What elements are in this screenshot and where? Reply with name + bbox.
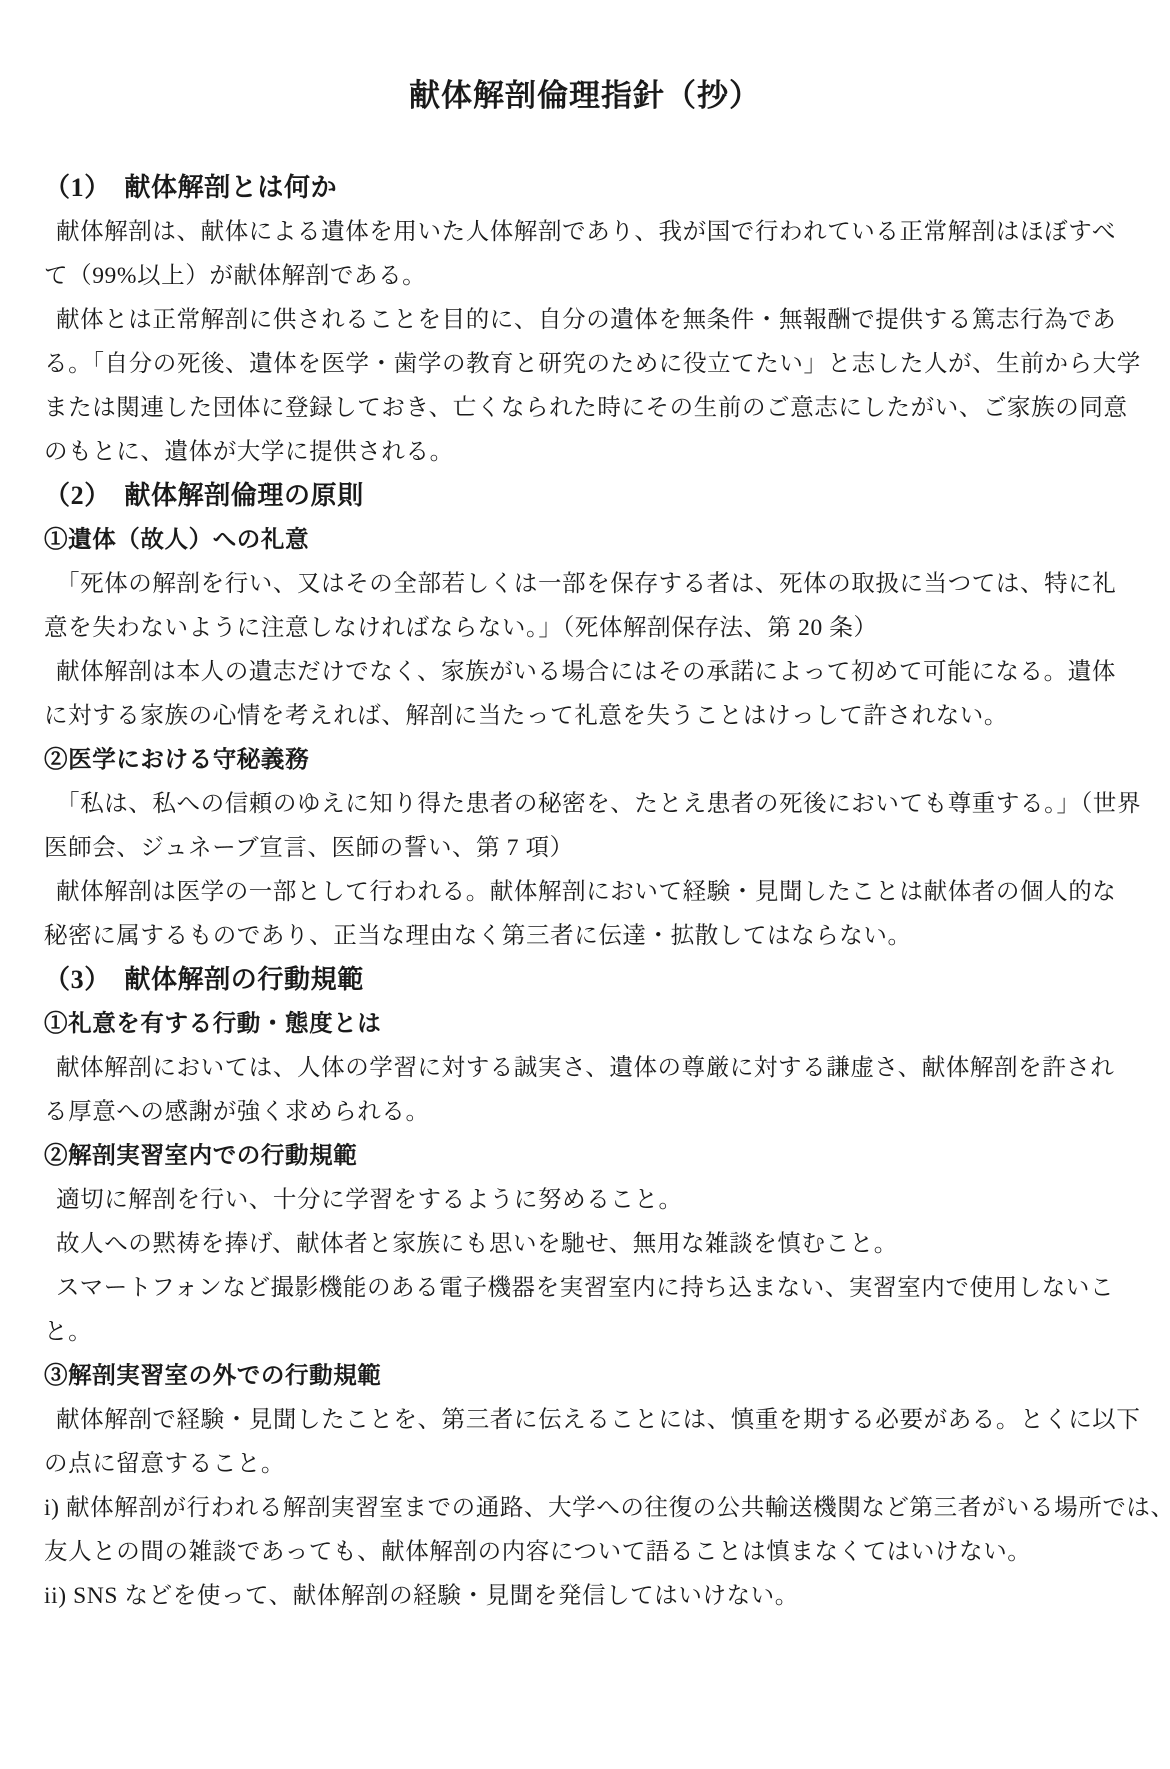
section-heading: （2） 献体解剖倫理の原則	[44, 474, 1126, 518]
body-line: 「死体の解剖を行い、又はその全部若しくは一部を保存する者は、死体の取扱に当つては…	[44, 562, 1126, 606]
body-line: または関連した団体に登録しておき、亡くなられた時にその生前のご意志にしたがい、ご…	[44, 386, 1126, 430]
document-body: （1） 献体解剖とは何か献体解剖は、献体による遺体を用いた人体解剖であり、我が国…	[0, 166, 1170, 1618]
body-line: る厚意への感謝が強く求められる。	[44, 1090, 1126, 1134]
body-line: 献体解剖は本人の遺志だけでなく、家族がいる場合にはその承諾によって初めて可能にな…	[44, 650, 1126, 694]
body-line: 献体解剖で経験・見聞したことを、第三者に伝えることには、慎重を期する必要がある。…	[44, 1398, 1126, 1442]
body-line: と。	[44, 1310, 1126, 1354]
sub-heading: ①遺体（故人）への礼意	[44, 518, 1126, 562]
body-line: 秘密に属するものであり、正当な理由なく第三者に伝達・拡散してはならない。	[44, 914, 1126, 958]
section-heading: （1） 献体解剖とは何か	[44, 166, 1126, 210]
body-line: 献体解剖は医学の一部として行われる。献体解剖において経験・見聞したことは献体者の…	[44, 870, 1126, 914]
body-line: 友人との間の雑談であっても、献体解剖の内容について語ることは慎まなくてはいけない…	[44, 1530, 1126, 1574]
document-page: 献体解剖倫理指針（抄） （1） 献体解剖とは何か献体解剖は、献体による遺体を用い…	[0, 0, 1170, 1769]
sub-heading: ②医学における守秘義務	[44, 738, 1126, 782]
body-line: ii) SNS などを使って、献体解剖の経験・見聞を発信してはいけない。	[44, 1574, 1126, 1618]
body-line: 適切に解剖を行い、十分に学習をするように努めること。	[44, 1178, 1126, 1222]
body-line: 医師会、ジュネーブ宣言、医師の誓い、第 7 項）	[44, 826, 1126, 870]
body-line: i) 献体解剖が行われる解剖実習室までの通路、大学への往復の公共輸送機関など第三…	[44, 1486, 1126, 1530]
body-line: る。「自分の死後、遺体を医学・歯学の教育と研究のために役立てたい」と志した人が、…	[44, 342, 1126, 386]
sub-heading: ①礼意を有する行動・態度とは	[44, 1002, 1126, 1046]
section-heading: （3） 献体解剖の行動規範	[44, 958, 1126, 1002]
body-line: 献体解剖は、献体による遺体を用いた人体解剖であり、我が国で行われている正常解剖は…	[44, 210, 1126, 254]
body-line: 意を失わないように注意しなければならない。」（死体解剖保存法、第 20 条）	[44, 606, 1126, 650]
body-line: のもとに、遺体が大学に提供される。	[44, 430, 1126, 474]
document-title: 献体解剖倫理指針（抄）	[0, 0, 1170, 116]
body-line: 献体解剖においては、人体の学習に対する誠実さ、遺体の尊厳に対する謙虚さ、献体解剖…	[44, 1046, 1126, 1090]
body-line: て（99%以上）が献体解剖である。	[44, 254, 1126, 298]
sub-heading: ③解剖実習室の外での行動規範	[44, 1354, 1126, 1398]
body-line: 献体とは正常解剖に供されることを目的に、自分の遺体を無条件・無報酬で提供する篤志…	[44, 298, 1126, 342]
body-line: 「私は、私への信頼のゆえに知り得た患者の秘密を、たとえ患者の死後においても尊重す…	[44, 782, 1126, 826]
body-line: 故人への黙祷を捧げ、献体者と家族にも思いを馳せ、無用な雑談を慎むこと。	[44, 1222, 1126, 1266]
sub-heading: ②解剖実習室内での行動規範	[44, 1134, 1126, 1178]
body-line: に対する家族の心情を考えれば、解剖に当たって礼意を失うことはけっして許されない。	[44, 694, 1126, 738]
body-line: スマートフォンなど撮影機能のある電子機器を実習室内に持ち込まない、実習室内で使用…	[44, 1266, 1126, 1310]
body-line: の点に留意すること。	[44, 1442, 1126, 1486]
